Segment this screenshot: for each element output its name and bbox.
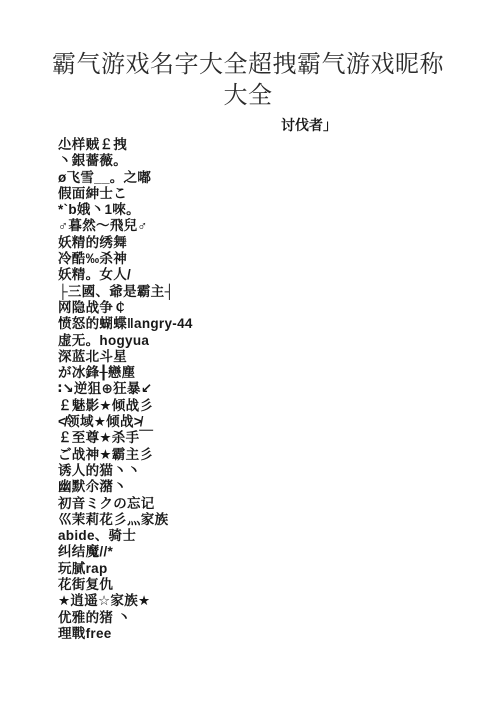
- name-item: ø飞雪__。之嘟: [58, 170, 496, 186]
- name-item: ご战神★霸主彡: [58, 447, 496, 463]
- name-item: 愤怒的蝴蝶‖angry-44: [58, 316, 496, 332]
- name-item: 网隐战争￠: [58, 300, 496, 316]
- name-item: ￡魅影★倾战彡: [58, 398, 496, 414]
- name-item: 巛茉莉花彡灬家族: [58, 512, 496, 528]
- name-item: 丶銀薔薇。: [58, 153, 496, 169]
- name-item: 妖精。女人/: [58, 267, 496, 283]
- byline: 讨伐者」: [0, 117, 496, 134]
- name-item: 初音ミクの忘记: [58, 496, 496, 512]
- name-item: 诱人的猫丶丶: [58, 463, 496, 479]
- name-item: 幽默尒潴丶: [58, 479, 496, 495]
- name-item: 理戰free: [58, 626, 496, 642]
- name-item: ￡至尊★杀手￣: [58, 430, 496, 446]
- name-item: 深蓝北斗星: [58, 349, 496, 365]
- name-item: 妖精的绣舞: [58, 235, 496, 251]
- name-item: 冷酷‰杀神: [58, 251, 496, 267]
- name-item: 玩腻rap: [58, 561, 496, 577]
- name-item: 假面紳士こ: [58, 186, 496, 202]
- name-item: ♂暮然～飛兒♂: [58, 218, 496, 234]
- name-item: 优雅的猪 丶: [58, 610, 496, 626]
- name-item: ★逍遥☆家族★: [58, 593, 496, 609]
- name-item: 虚无。hogyua: [58, 333, 496, 349]
- name-item: 花街复仇: [58, 577, 496, 593]
- name-item: ∶↘逆狙⊕狂暴↙: [58, 381, 496, 397]
- name-item: *`b娥丶1唻。: [58, 202, 496, 218]
- name-item: ├三國、爺是霸主┤: [58, 284, 496, 300]
- name-item: が冰鋒╂戀塵: [58, 365, 496, 381]
- page-title: 霸气游戏名字大全超拽霸气游戏昵称大全: [52, 50, 444, 112]
- name-item: 纠结魔//*: [58, 544, 496, 560]
- document-page: 霸气游戏名字大全超拽霸气游戏昵称大全 讨伐者」 尐样贼￡拽丶銀薔薇。ø飞雪__。…: [0, 0, 496, 702]
- name-item: 尐样贼￡拽: [58, 137, 496, 153]
- name-item: abide、骑士: [58, 528, 496, 544]
- nickname-list: 尐样贼￡拽丶銀薔薇。ø飞雪__。之嘟假面紳士こ*`b娥丶1唻。♂暮然～飛兒♂妖精…: [58, 137, 496, 642]
- name-item: ≮领域★倾战≯: [58, 414, 496, 430]
